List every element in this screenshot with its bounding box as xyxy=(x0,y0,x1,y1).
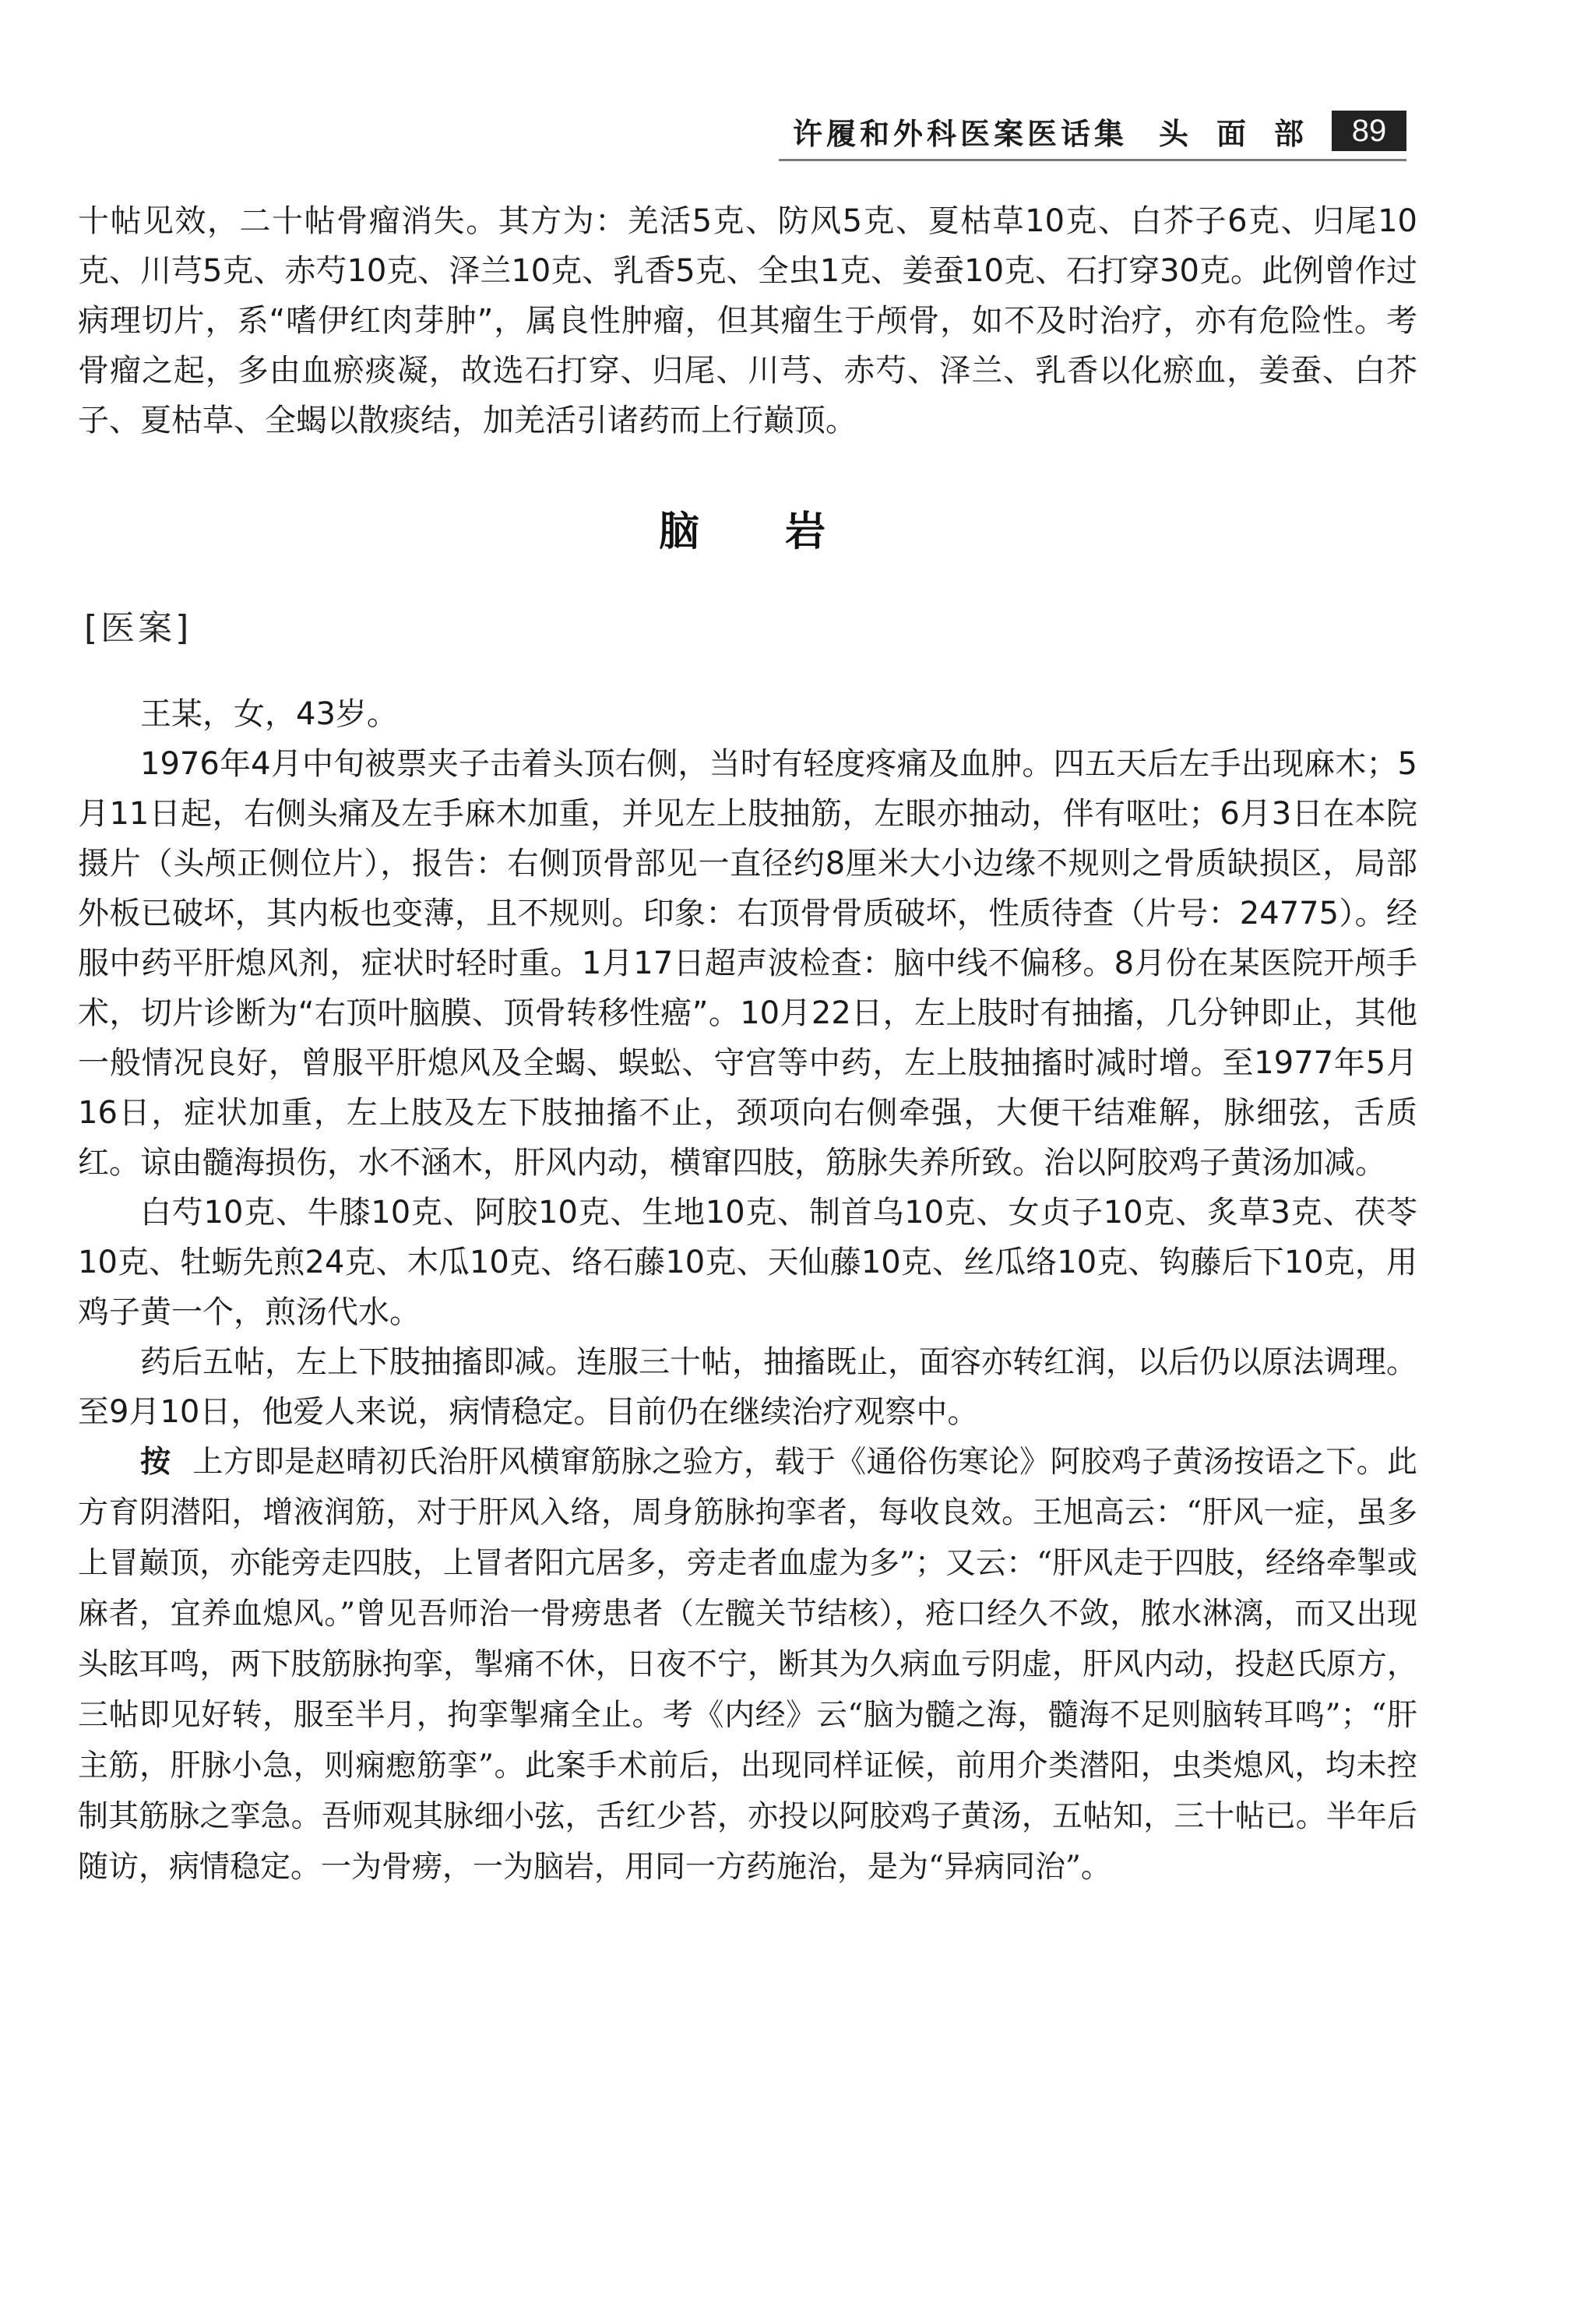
commentary: 按上方即是赵晴初氏治肝风横窜筋脉之验方，载于《通俗伤寒论》阿胶鸡子黄汤按语之下。… xyxy=(78,1437,1417,1893)
book-title: 许履和外科医案医话集 xyxy=(793,110,1128,153)
continuation-paragraph: 十帖见效，二十帖骨瘤消失。其方为：羌活5克、防风5克、夏枯草10克、白芥子6克、… xyxy=(78,196,1417,445)
running-header: 许履和外科医案医话集 头面部 89 xyxy=(779,111,1406,151)
commentary-text: 上方即是赵晴初氏治肝风横窜筋脉之验方，载于《通俗伤寒论》阿胶鸡子黄汤按语之下。此… xyxy=(78,1445,1417,1885)
section-title: 脑岩 xyxy=(0,498,1570,557)
treatment-outcome: 药后五帖，左上下肢抽搐即减。连服三十帖，抽搐既止，面容亦转红润，以后仍以原法调理… xyxy=(78,1337,1417,1437)
case-body: 王某，女，43岁。 1976年4月中旬被票夹子击着头顶右侧，当时有轻度疼痛及血肿… xyxy=(78,689,1417,1893)
commentary-key: 按 xyxy=(140,1445,171,1480)
prescription: 白芍10克、牛膝10克、阿胶10克、生地10克、制首乌10克、女贞子10克、炙草… xyxy=(78,1188,1417,1337)
case-history: 1976年4月中旬被票夹子击着头顶右侧，当时有轻度疼痛及血肿。四五天后左手出现麻… xyxy=(78,739,1417,1188)
section-name: 头面部 xyxy=(1159,110,1332,153)
continuation-text: 十帖见效，二十帖骨瘤消失。其方为：羌活5克、防风5克、夏枯草10克、白芥子6克、… xyxy=(78,196,1417,445)
header-rule xyxy=(779,159,1406,161)
patient-info: 王某，女，43岁。 xyxy=(78,689,1417,739)
page-number-badge: 89 xyxy=(1332,111,1406,151)
case-label: [医案] xyxy=(84,600,192,650)
